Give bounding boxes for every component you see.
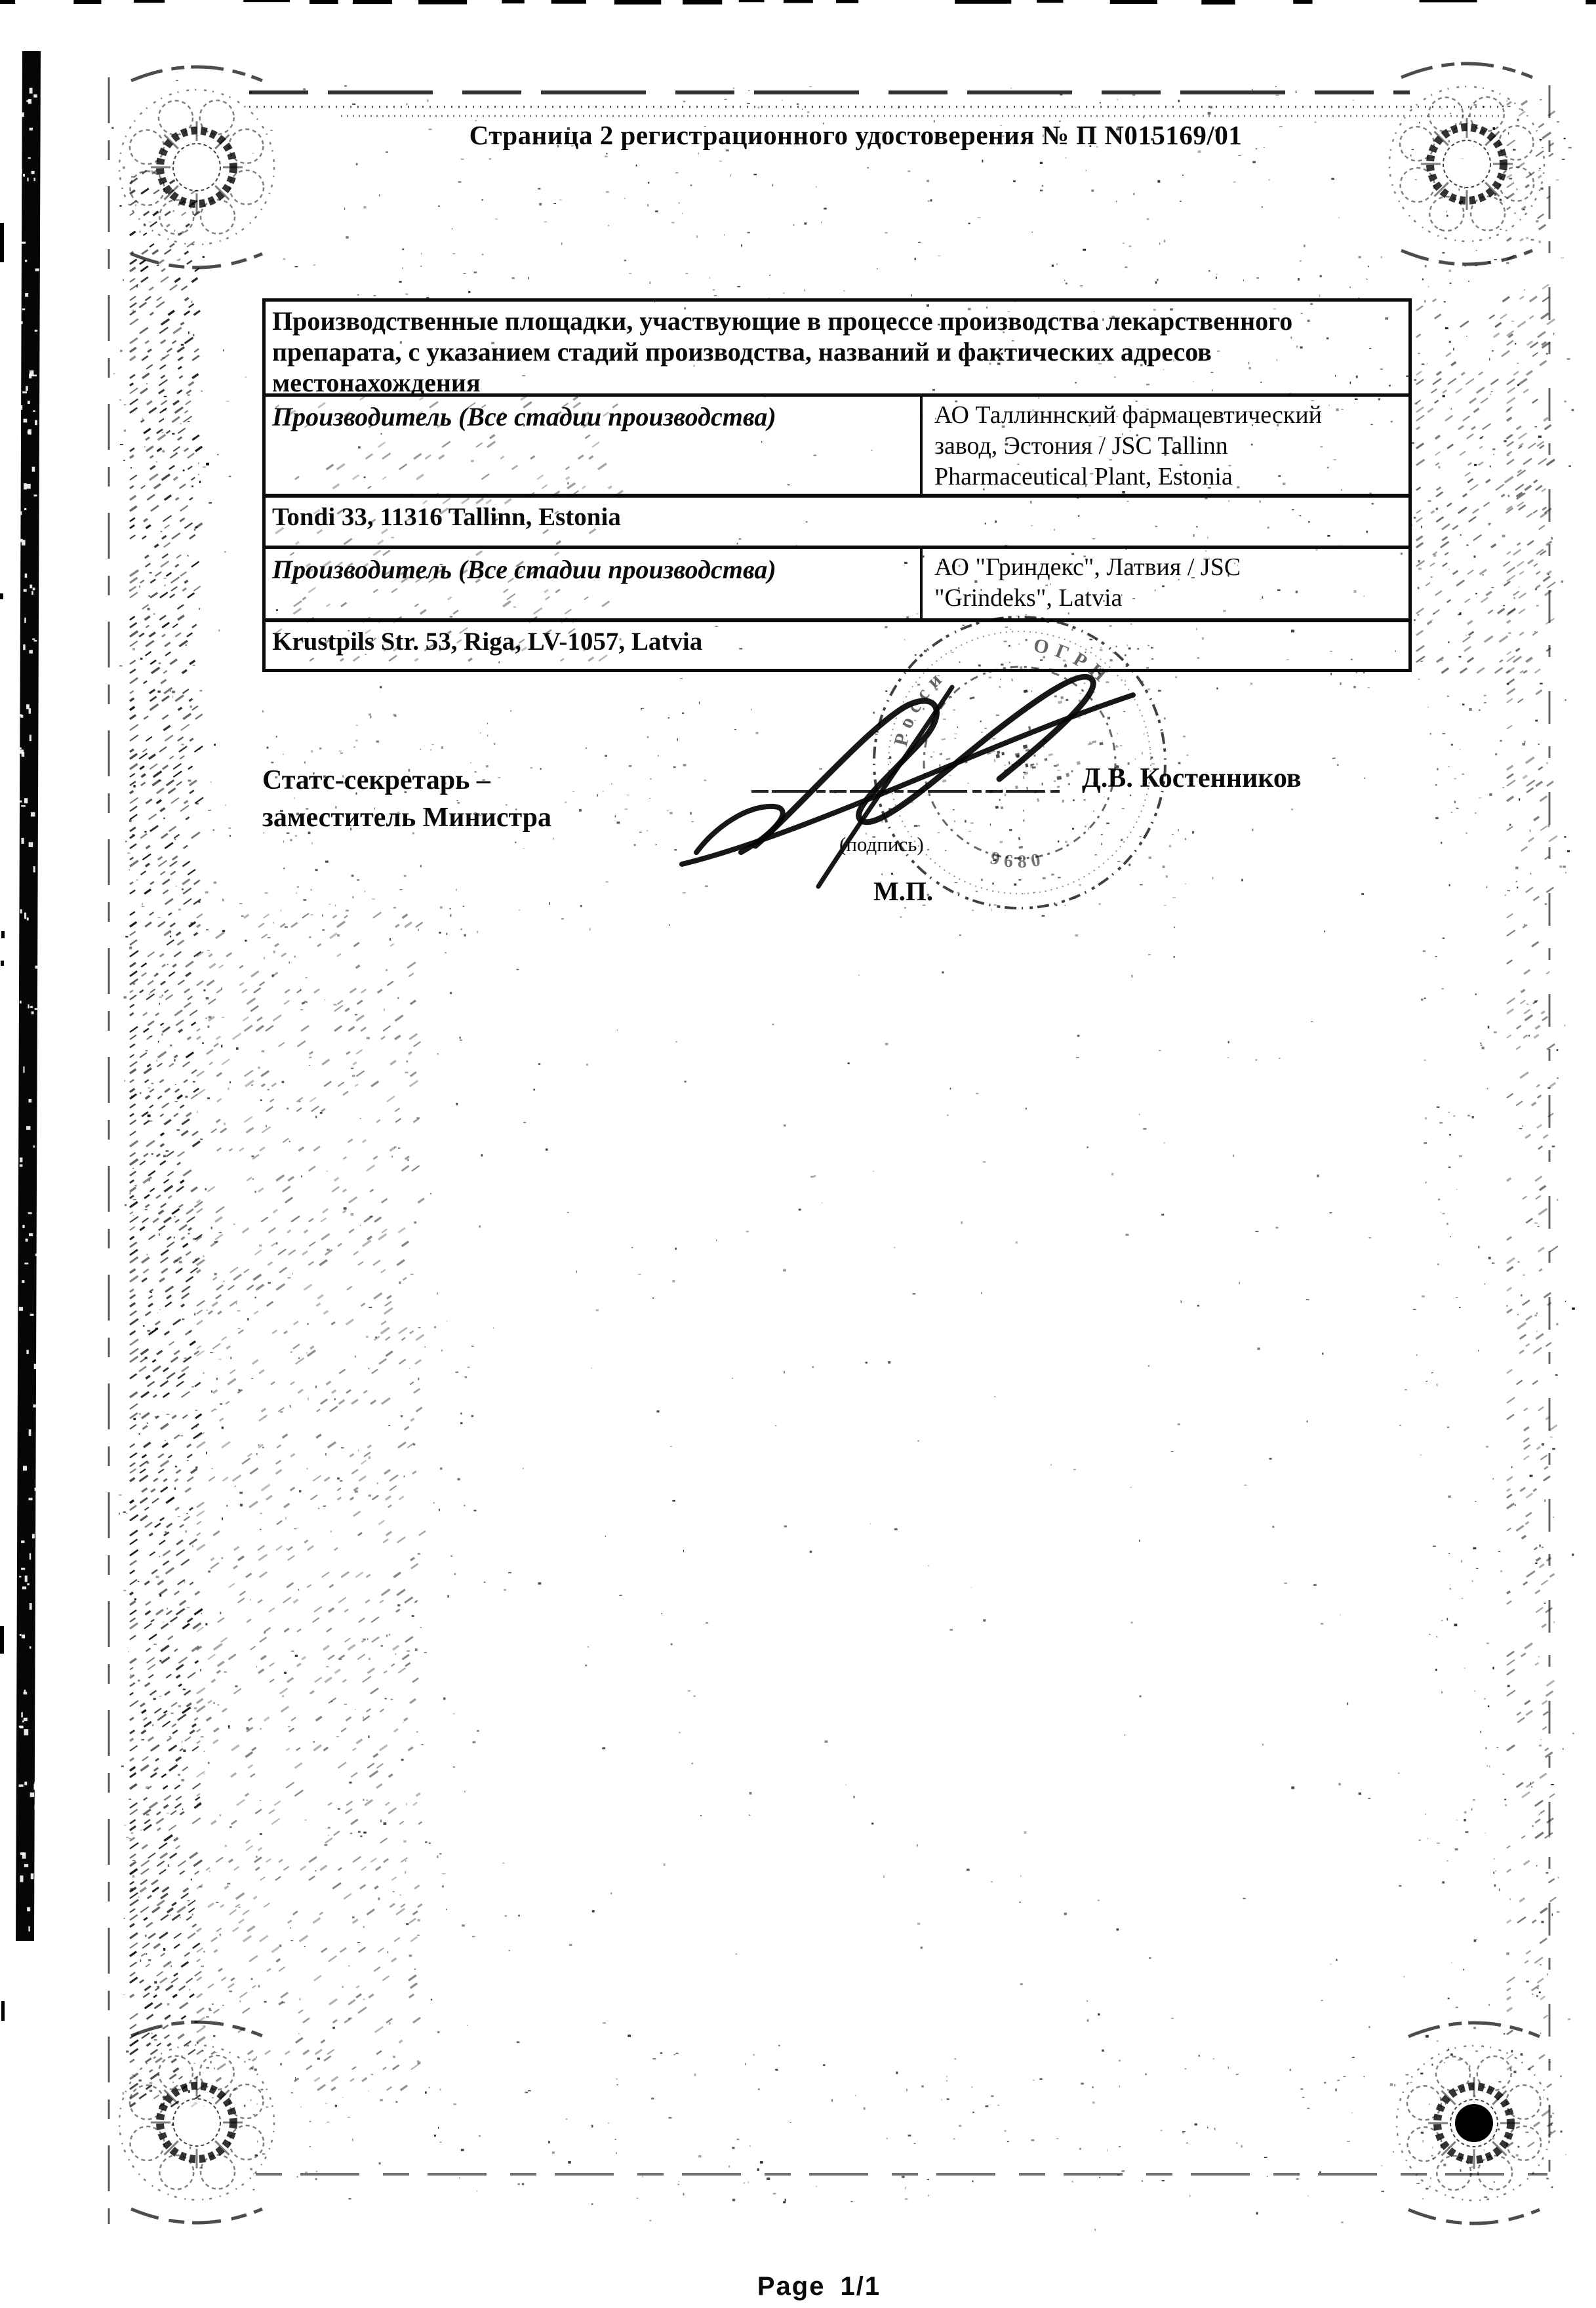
seal-place-mark: М.П. [873,875,933,907]
signatory-name: Д.В. Костенников [1082,763,1302,794]
producer-address-cell: Krustpils Str. 53, Riga, LV-1057, Latvia [272,626,702,657]
producer-value-cell: АО Таллиннский фармацевтический завод, Э… [934,400,1387,492]
stamp-text-fragment: Росси [876,662,963,753]
scanned-certificate-page: { "page": { "header": "Страница 2 регист… [0,0,1596,2308]
producer-label-cell: Производитель (Все стадии производства) [272,401,902,432]
table-title-cell: Производственные площадки, участвующие в… [272,306,1403,398]
table-divider [920,546,923,622]
table-divider [920,393,923,497]
producer-label-cell: Производитель (Все стадии производства) [272,554,902,585]
signatory-title: Статс-секретарь – заместитель Министра [262,762,639,837]
table-border [266,618,1408,622]
table-border [266,546,1408,549]
producer-value-cell: АО "Гриндекс", Латвия / JSC "Grindeks", … [934,552,1302,614]
producer-address-cell: Tondi 33, 11316 Tallinn, Estonia [272,502,621,532]
signature-caption: (подпись) [839,833,924,856]
stamp-text-fragment: 9680 [984,837,1047,881]
page-number: Page 1/1 [701,2272,937,2301]
page-title: Страница 2 регистрационного удостоверени… [367,119,1344,151]
table-border [266,494,1408,498]
production-sites-table: Производственные площадки, участвующие в… [262,298,1412,672]
svg-text:9680: 9680 [984,837,1047,881]
